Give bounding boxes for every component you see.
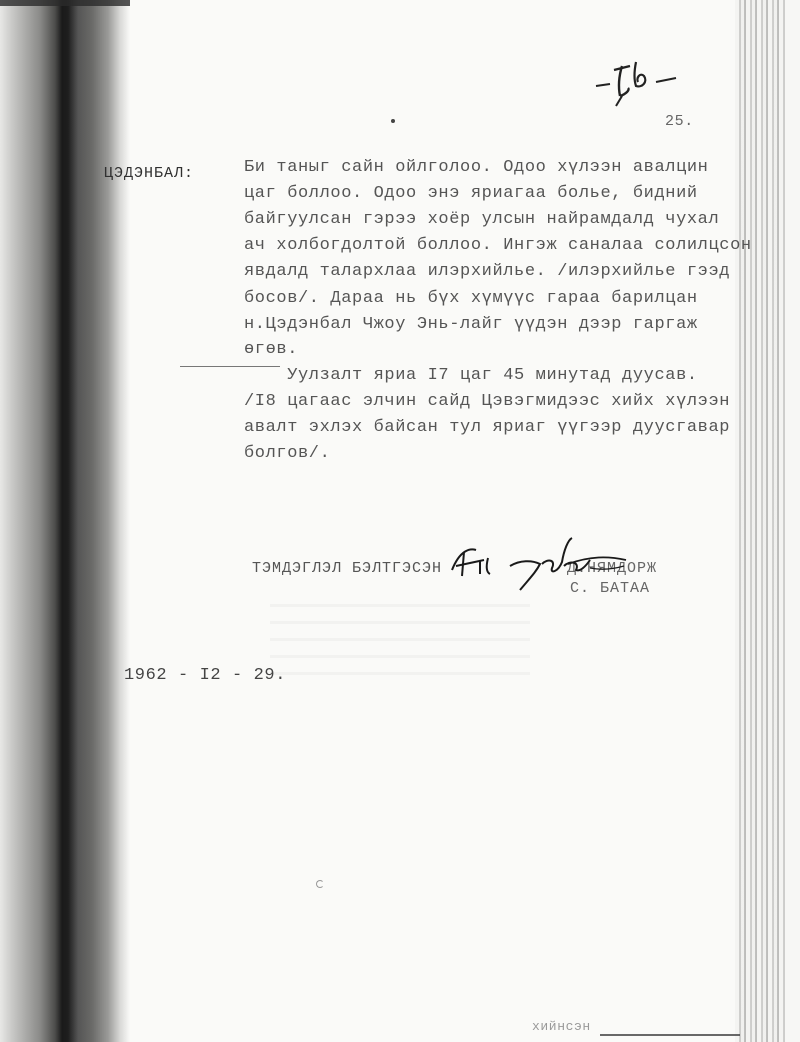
body-line: Би таныг сайн ойлголоо. Одоо хүлээн авал… (244, 158, 708, 177)
body-line: босов/. Дараа нь бүх хүмүүс гараа барилц… (244, 289, 698, 308)
page-number: 25. (665, 113, 694, 130)
document-date: 1962 - I2 - 29. (124, 666, 286, 685)
binding-shadow (0, 0, 130, 1042)
page-margin (785, 0, 800, 1042)
body-line: өгөв. (244, 340, 298, 359)
paper-speck (316, 880, 324, 888)
body-line: явдалд талархлаа илэрхийлье. /илэрхийлье… (244, 262, 730, 281)
stacked-page-edges (735, 0, 785, 1042)
document-page: 25. ЦЭДЭНБАЛ: Би таныг сайн ойлголоо. Од… (0, 0, 800, 1042)
body-line: н.Цэдэнбал Чжоу Энь-лайг үүдэн дээр гарг… (244, 315, 698, 334)
closing-line: болгов/. (244, 444, 330, 463)
ghost-text-bleedthrough (270, 590, 530, 680)
closing-line: /I8 цагаас элчин сайд Цэвэгмидээс хийх х… (244, 392, 730, 411)
body-line: ач холбогдолтой боллоо. Ингэж саналаа со… (244, 236, 752, 255)
footer-label: хийнсэн (532, 1019, 591, 1034)
signature-label: ТЭМДЭГЛЭЛ БЭЛТГЭСЭН (252, 560, 442, 577)
body-line: байгуулсан гэрээ хоёр улсын найрамдалд ч… (244, 210, 719, 229)
handwritten-folio-mark (592, 58, 682, 108)
body-line: цаг боллоо. Одоо энэ яриагаа болье, бидн… (244, 184, 698, 203)
closing-line: авалт эхлэх байсан тул яриаг үүгээр дуус… (244, 418, 730, 437)
speaker-label: ЦЭДЭНБАЛ: (104, 165, 194, 182)
closing-line: Уулзалт яриа I7 цаг 45 минутад дуусав. (244, 366, 698, 385)
ink-dot (391, 119, 395, 123)
binding-top-edge (0, 0, 130, 6)
footer-signature-line (600, 1034, 740, 1036)
